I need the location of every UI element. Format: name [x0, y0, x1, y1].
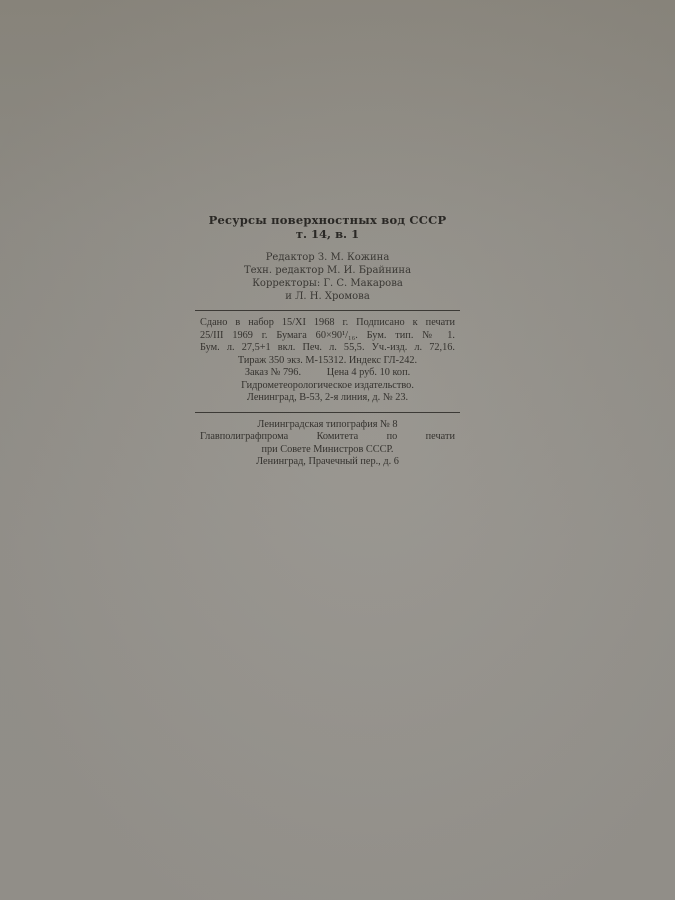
specs-line: Сдано в набор 15/XI 1968 г. Подписано к …: [200, 317, 455, 330]
printer-line: Ленинград, Прачечный пер., д. 6: [200, 456, 455, 469]
proofreaders-credit-line-1: Корректоры: Г. С. Макарова: [200, 277, 455, 290]
book-title: Ресурсы поверхностных вод СССР: [200, 213, 455, 227]
tech-editor-credit: Техн. редактор М. И. Брайнина: [200, 264, 455, 277]
printer-line: Главполиграфпрома Комитета по печати: [200, 431, 455, 444]
printer-info: Ленинградская типография № 8 Главполигра…: [200, 419, 455, 469]
specs-line: Гидрометеорологическое издательство.: [200, 380, 455, 393]
editor-credit: Редактор З. М. Кожина: [200, 251, 455, 264]
proofreaders-credit-line-2: и Л. Н. Хромова: [200, 290, 455, 303]
specs-line: Ленинград, В-53, 2-я линия, д. № 23.: [200, 392, 455, 405]
specs-line: Тираж 350 экз. М-15312. Индекс ГЛ-242.: [200, 355, 455, 368]
specs-line: Бум. л. 27,5+1 вкл. Печ. л. 55,5. Уч.-из…: [200, 342, 455, 355]
volume-number: т. 14, в. 1: [200, 227, 455, 241]
bottom-divider: [195, 412, 460, 413]
top-divider: [195, 310, 460, 311]
printer-line: при Совете Министров СССР.: [200, 444, 455, 457]
colophon-block: Ресурсы поверхностных вод СССР т. 14, в.…: [200, 213, 455, 469]
publication-specs: Сдано в набор 15/XI 1968 г. Подписано к …: [200, 317, 455, 405]
specs-line: 25/III 1969 г. Бумага 60×90¹/₁₆. Бум. ти…: [200, 330, 455, 343]
printer-line: Ленинградская типография № 8: [200, 419, 455, 432]
credits: Редактор З. М. Кожина Техн. редактор М. …: [200, 251, 455, 303]
specs-line: Заказ № 796. Цена 4 руб. 10 коп.: [200, 367, 455, 380]
